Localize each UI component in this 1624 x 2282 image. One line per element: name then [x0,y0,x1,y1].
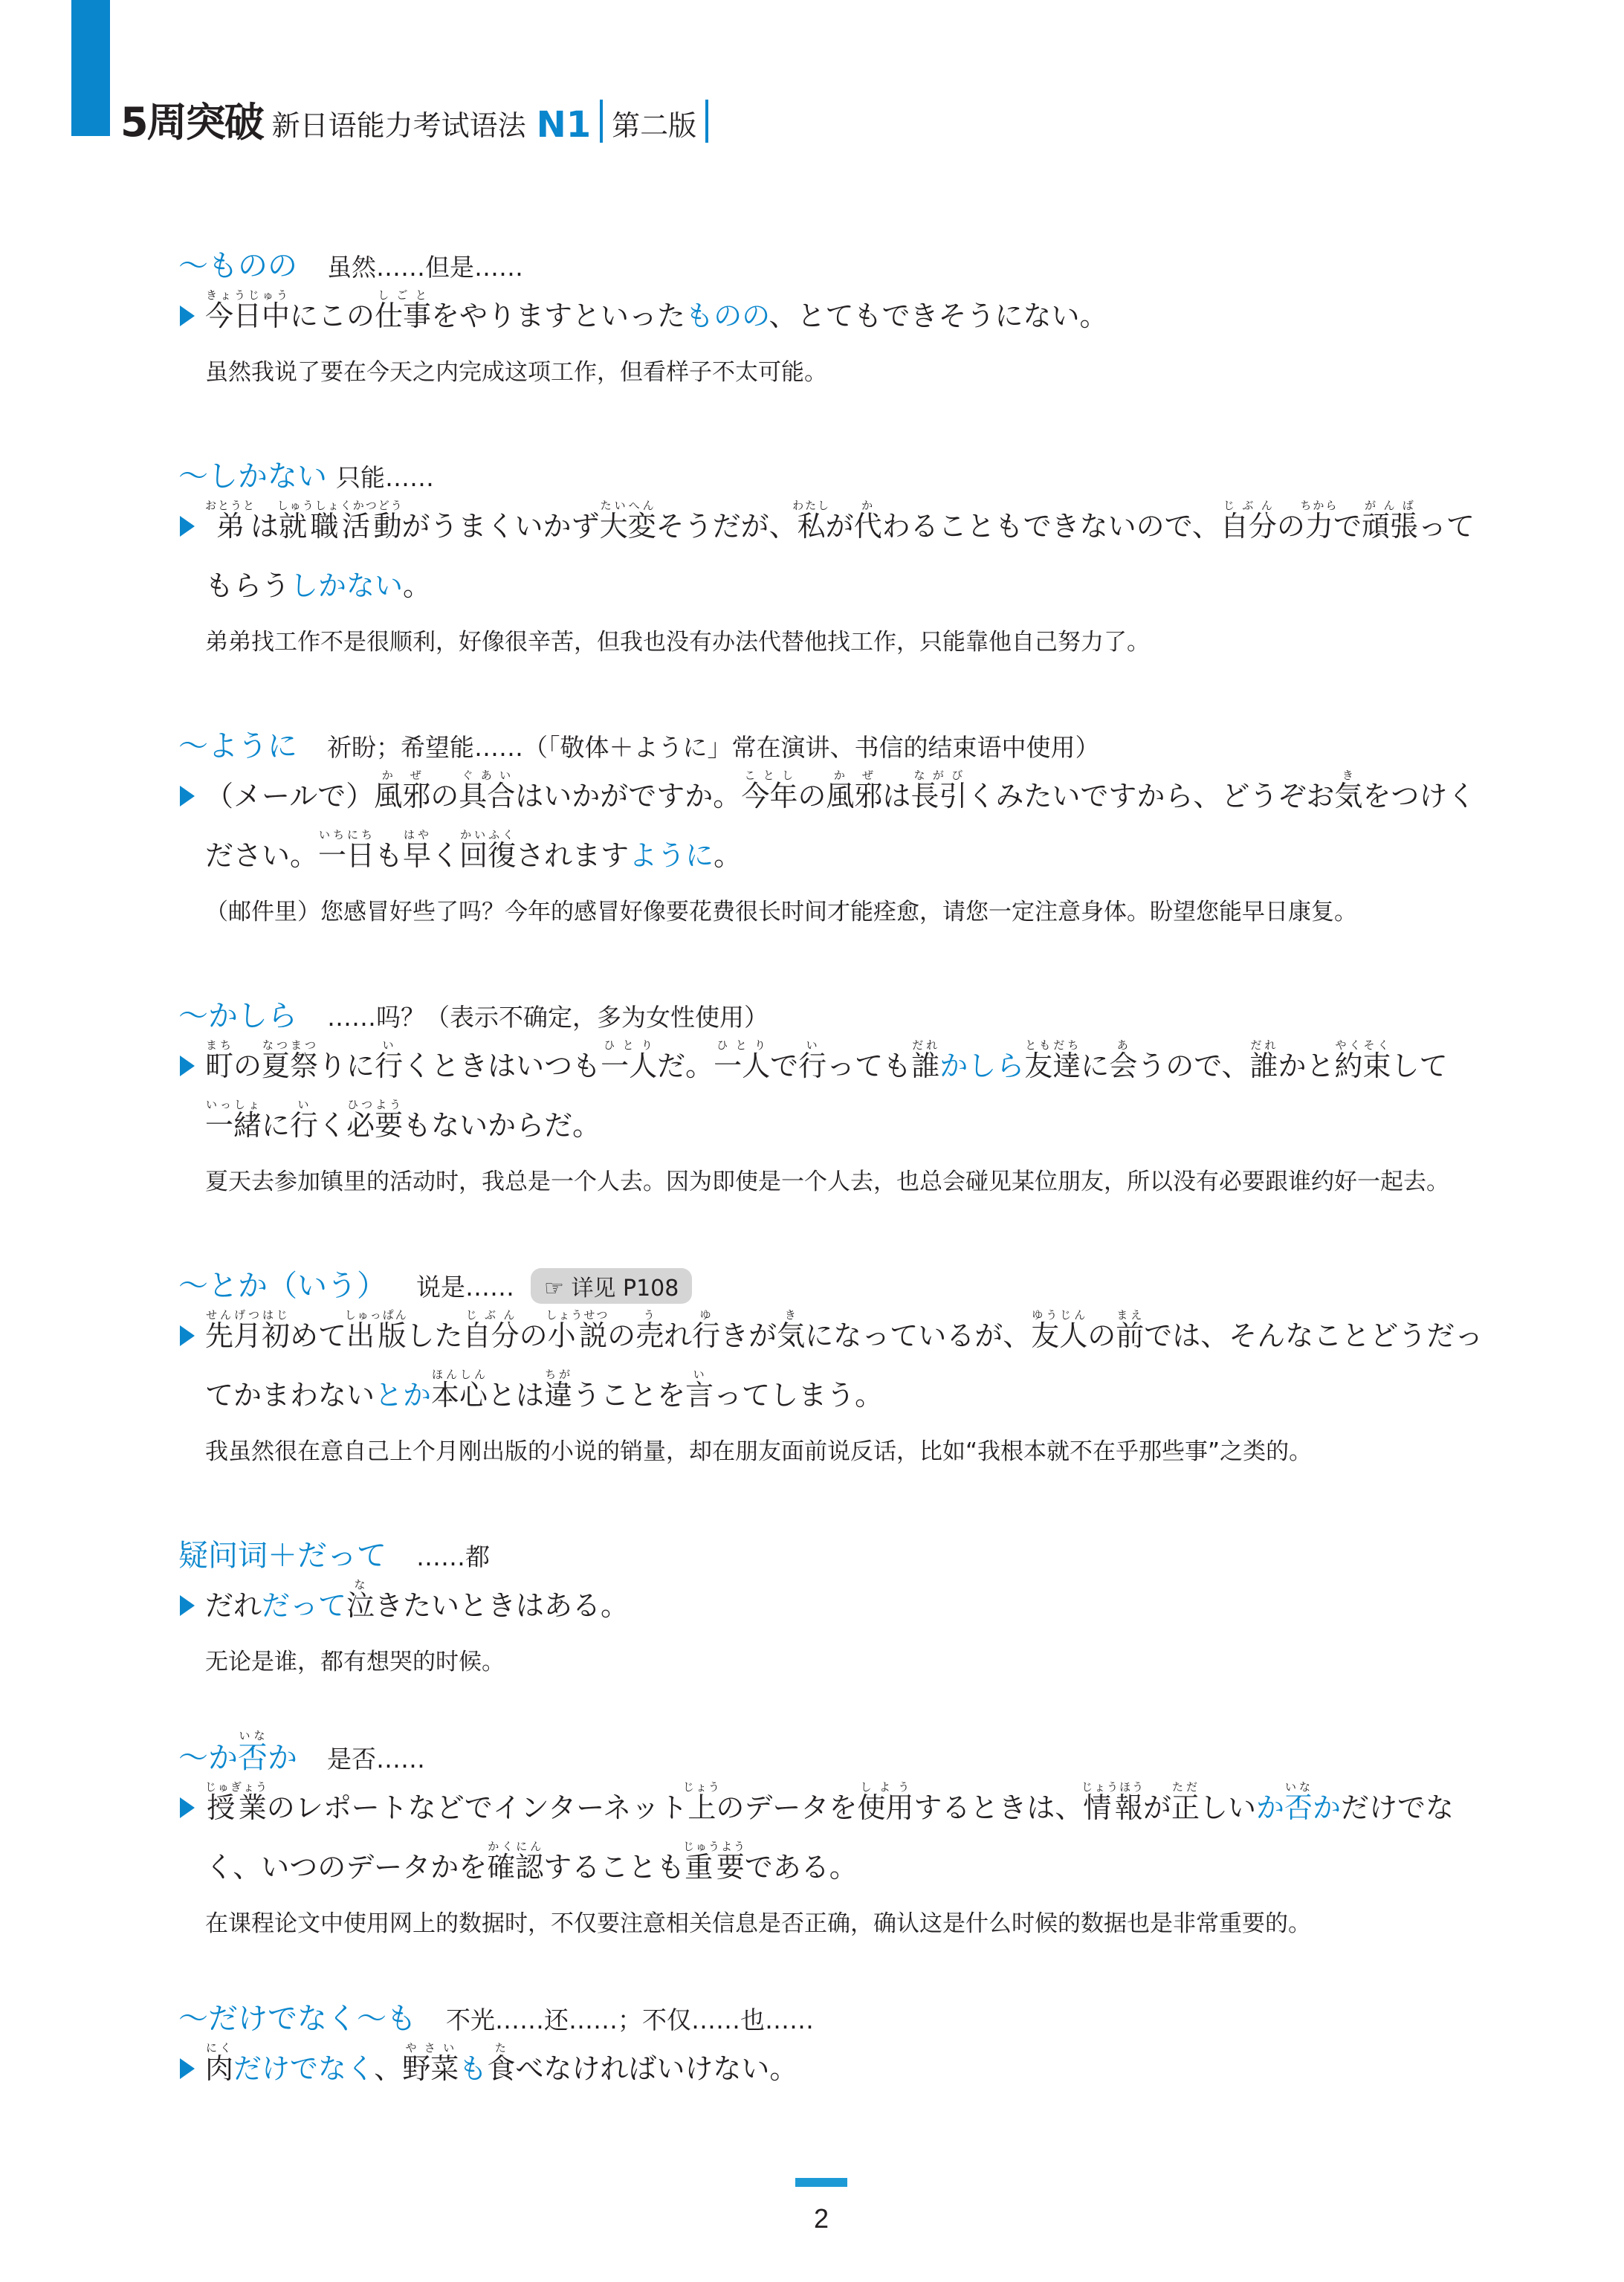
pattern-meaning: 只能…… [336,459,434,494]
furigana-word: 回復かいふく [459,839,516,872]
furigana-reading: だれ [1250,1038,1278,1052]
triangle-bullet-icon [180,516,195,537]
text-segment: うので、 [1137,1050,1249,1082]
chinese-translation: （邮件里）您感冒好些了吗？今年的感冒好像要花费很长时间才能痊愈，请您一定注意身体… [178,885,1486,939]
text-segment: きが [720,1319,777,1352]
text-segment: っても [826,1050,911,1082]
example-sentence: 町まちの夏祭なつまつりに行いくときはいつも一人ひとりだ。一人ひとりで行いっても誰… [178,1036,1486,1155]
furigana-reading: あ [1109,1038,1137,1052]
example-sentence: 肉にくだけでなく、野菜やさいも食たべなければいけない。 [178,2039,1486,2098]
text-segment: の [607,1319,635,1352]
reference-label: 详见 P108 [571,1276,679,1302]
book-subtitle: 新日语能力考试语法 [272,111,526,143]
running-header: 5周突破 新日语能力考试语法 N1 第二版 [120,89,717,143]
header-divider [705,100,708,143]
text-segment: しい [1200,1791,1256,1824]
page-footer: 2 [795,2178,847,2234]
entry-title: ～しかない只能…… [178,453,1486,495]
furigana-reading: ちから [1300,499,1338,512]
text-segment: は [882,780,910,812]
furigana-word: 言い [685,1379,714,1412]
text-segment: になっているが、 [805,1319,1031,1352]
grammar-entry: ～かしら……吗？（表示不确定，多为女性使用）町まちの夏祭なつまつりに行いくときは… [178,992,1486,1209]
text-segment: 。 [403,569,431,602]
furigana-word: 先月初せんげつはじ [205,1319,290,1352]
furigana-word: 小説しょうせつ [548,1319,608,1352]
highlighted-grammar: しかない [290,569,403,602]
triangle-bullet-icon [180,1595,195,1616]
furigana-word: 約束やくそく [1335,1050,1391,1082]
grammar-entry: 疑问词＋だって……都だれだって泣なきたいときはある。无论是谁，都有想哭的时候。 [178,1532,1486,1689]
furigana-reading: じゅうよう [683,1840,746,1853]
furigana-reading: か [854,499,882,512]
text-segment: の [430,780,459,812]
triangle-bullet-icon [180,1325,195,1346]
grammar-pattern: 疑问词＋だって [178,1532,386,1574]
text-segment: れ [664,1319,692,1352]
furigana-reading: きょうじゅう [205,288,290,302]
grammar-pattern: ～だけでなく～も [178,1995,416,2037]
text-segment: りに [318,1050,375,1082]
furigana-word: 代か [854,510,882,543]
text-segment: （メールで） [205,780,374,812]
grammar-entry: ～とか（いう）说是……☞ 详见 P108先月初せんげつはじめて出版しゅっぱんした… [178,1262,1486,1478]
furigana-reading: せんげつはじ [205,1308,290,1322]
furigana-word: 大変たいへん [600,510,656,543]
grammar-pattern: ～しかない [178,453,327,495]
example-sentence: 先月初せんげつはじめて出版しゅっぱんした自分じぶんの小説しょうせつの売うれ行ゆき… [178,1306,1486,1425]
grammar-pattern: ～ように [178,723,297,765]
text-segment: わることもできないので、 [882,510,1220,543]
furigana-reading: き [1334,769,1362,782]
text-segment: きたいときはある。 [375,1589,629,1622]
footer-accent-bar [795,2178,847,2187]
furigana-reading: い [290,1098,318,1111]
furigana-reading: にく [205,2041,233,2055]
furigana-word: 気き [777,1319,805,1352]
pattern-meaning: 虽然……但是…… [327,248,523,283]
furigana-reading: たいへん [600,499,656,512]
furigana-word: 長引ながび [910,780,967,812]
furigana-word: 会あ [1109,1050,1137,1082]
text-segment: も [375,839,403,872]
text-segment: で [770,1050,798,1082]
furigana-reading: わたし [792,499,830,512]
entry-title: ～か否いなか是否…… [178,1729,1486,1777]
furigana-word: 誰だれ [1250,1050,1278,1082]
text-segment: のデータを [716,1791,857,1824]
example-sentence: 今日中きょうじゅうにこの仕事しごとをやりますといったものの、とてもできそうにない… [178,286,1486,346]
furigana-reading: いちにち [318,828,375,841]
text-segment: に [262,1109,290,1142]
text-segment: がうまくいかず [402,510,600,543]
triangle-bullet-icon [180,2058,195,2079]
furigana-reading: き [777,1308,805,1322]
highlighted-grammar: ように [629,839,714,872]
furigana-reading: ちが [544,1368,572,1381]
furigana-word: 使用しよう [857,1791,913,1824]
furigana-reading: う [635,1308,664,1322]
text-segment: うことを [572,1379,685,1412]
furigana-word: 弟おとうと [205,510,250,543]
furigana-word: 行い [290,1109,318,1142]
entry-title: ～ものの虽然……但是…… [178,242,1486,285]
furigana-reading: ほんしん [431,1368,488,1381]
furigana-word: 授業じゅぎょう [205,1791,267,1824]
furigana-word: 泣な [346,1589,375,1622]
furigana-reading: ひとり [601,1038,657,1052]
furigana-reading: ながび [910,769,967,782]
furigana-word: 重要じゅうよう [685,1851,745,1884]
furigana-word: 否いな [1284,1791,1313,1824]
highlighted-grammar: だって [262,1589,346,1622]
furigana-reading: まち [205,1038,233,1052]
example-sentence: （メールで）風邪かぜの具合ぐあいはいかがですか。今年ことしの風邪かぜは長引ながび… [178,766,1486,885]
furigana-word: 具合ぐあい [459,780,515,812]
triangle-bullet-icon [180,1797,195,1818]
furigana-word: 夏祭なつまつ [262,1050,318,1082]
text-segment: にこの [290,300,375,332]
triangle-bullet-icon [180,1056,195,1076]
text-segment: もないからだ。 [403,1109,601,1142]
grammar-pattern: ～かしら [178,992,297,1035]
text-segment: されます [516,839,629,872]
text-segment: だれ [205,1589,262,1622]
header-accent-bar [71,0,110,136]
furigana-reading: しごと [375,288,431,302]
text-segment: は [250,510,279,543]
highlighted-grammar: だけでなく [233,2052,374,2085]
text-segment: とは [488,1379,544,1412]
grammar-entry: ～か否いなか是否……授業じゅぎょうのレポートなどでインターネット上じょうのデータ… [178,1729,1486,1950]
book-edition: 第二版 [612,111,696,143]
furigana-reading: ひつよう [346,1098,403,1111]
chinese-translation: 夏天去参加镇里的活动时，我总是一个人去。因为即使是一个人去，也总会碰见某位朋友，… [178,1155,1486,1209]
text-segment: の [1087,1319,1116,1352]
text-segment: くときはいつも [403,1050,601,1082]
text-segment: べなければいけない。 [515,2052,798,2085]
furigana-reading: いっしょ [205,1098,262,1111]
grammar-entry: ～ように祈盼；希望能……（「敬体＋ように」常在演讲、书信的结束语中使用）（メール… [178,723,1486,939]
furigana-reading: おとうと [205,499,256,512]
furigana-word: 自分じぶん [1220,510,1277,543]
highlighted-grammar: ものの [685,300,769,332]
furigana-word: 前まえ [1116,1319,1144,1352]
furigana-reading: い [685,1368,714,1381]
furigana-word: 町まち [205,1050,233,1082]
triangle-bullet-icon [180,786,195,807]
furigana-word: 一人ひとり [714,1050,770,1082]
furigana-word: 私わたし [798,510,826,543]
highlighted-grammar: も [459,2052,487,2085]
text-segment: 、とてもできそうにない。 [769,300,1108,332]
chinese-translation: 虽然我说了要在今天之内完成这项工作，但看样子不太可能。 [178,346,1486,399]
furigana-word: 確認かくにん [487,1851,543,1884]
furigana-reading: ただ [1171,1780,1200,1794]
chinese-translation: 在课程论文中使用网上的数据时，不仅要注意相关信息是否正确，确认这是什么时候的数据… [178,1897,1486,1950]
furigana-word: 頑張がんば [1362,510,1418,543]
furigana-reading: かいふく [459,828,516,841]
text-segment: か [268,1741,297,1775]
furigana-word: 気き [1334,780,1362,812]
entry-title: 疑问词＋だって……都 [178,1532,1486,1574]
furigana-word: 友人ゆうじん [1031,1319,1087,1352]
furigana-reading: ことし [741,769,798,782]
grammar-entry: ～ものの虽然……但是……今日中きょうじゅうにこの仕事しごとをやりますといったもの… [178,242,1486,399]
text-segment: に [1081,1050,1109,1082]
furigana-word: 行い [798,1050,826,1082]
text-segment: することも [543,1851,685,1884]
grammar-pattern: ～とか（いう） [178,1262,386,1305]
book-level: N1 [537,107,592,143]
text-segment: 。 [714,839,742,872]
example-sentence: だれだって泣なきたいときはある。 [178,1576,1486,1635]
furigana-word: 行い [375,1050,403,1082]
furigana-reading: しゅうしょくかつどう [277,499,404,512]
grammar-entry-list: ～ものの虽然……但是……今日中きょうじゅうにこの仕事しごとをやりますといったもの… [178,242,1486,2098]
chinese-translation: 弟弟找工作不是很顺利，好像很辛苦，但我也没有办法代替他找工作，只能靠他自己努力了… [178,615,1486,669]
furigana-word: 一緒いっしょ [205,1109,262,1142]
page-number: 2 [795,2203,847,2234]
furigana-reading: じぶん [1220,499,1277,512]
furigana-word: 食た [487,2052,515,2085]
text-segment: をやりますといった [431,300,685,332]
pattern-meaning: 说是…… [416,1268,514,1303]
text-segment: ～か [178,1741,238,1775]
furigana-word: 違ちが [544,1379,572,1412]
highlighted-grammar: とか [375,1379,431,1412]
furigana-reading: い [375,1038,403,1052]
furigana-reading: じゅぎょう [205,1780,268,1794]
furigana-word: 出版しゅっぱん [346,1319,407,1352]
pattern-meaning: ……都 [416,1538,490,1573]
furigana-reading: やさい [402,2041,459,2055]
entry-title: ～かしら……吗？（表示不确定，多为女性使用） [178,992,1486,1035]
header-divider [600,100,603,143]
pointing-hand-icon: ☞ [544,1276,571,1302]
furigana-reading: がんば [1362,499,1418,512]
furigana-reading: なつまつ [262,1038,318,1052]
highlighted-grammar: か [1256,1791,1284,1824]
book-brand: 5周突破 [120,103,263,143]
furigana-reading: だれ [911,1038,939,1052]
furigana-reading: な [346,1578,375,1591]
furigana-reading: ゆ [692,1308,720,1322]
furigana-word: 力ちから [1305,510,1333,543]
furigana-word: 風邪かぜ [826,780,882,812]
furigana-word: 友達ともだち [1024,1050,1081,1082]
furigana-reading: じょうほう [1081,1780,1145,1794]
text-segment: して [1391,1050,1448,1082]
furigana-word: 必要ひつよう [346,1109,403,1142]
furigana-word: 行ゆ [692,1319,720,1352]
furigana-word: 風邪かぜ [374,780,430,812]
furigana-word: 今年ことし [741,780,798,812]
furigana-word: 一日いちにち [318,839,375,872]
furigana-reading: かぜ [826,769,882,782]
text-segment: く [431,839,459,872]
furigana-reading: ひとり [714,1038,770,1052]
furigana-word: 上じょう [688,1791,716,1824]
furigana-word: 情報じょうほう [1083,1791,1143,1824]
furigana-reading: い [798,1038,826,1052]
furigana-reading: ゆうじん [1031,1308,1087,1322]
text-segment: かと [1278,1050,1335,1082]
pattern-meaning: 是否…… [327,1740,425,1775]
text-segment: めて [290,1319,346,1352]
furigana-word: 誰だれ [911,1050,939,1082]
furigana-reading: ぐあい [459,769,515,782]
example-sentence: 授業じゅぎょうのレポートなどでインターネット上じょうのデータを使用しようするとき… [178,1778,1486,1897]
grammar-entry: ～だけでなく～も不光……还……；不仅……也……肉にくだけでなく、野菜やさいも食た… [178,1995,1486,2098]
text-segment: した [407,1319,463,1352]
text-segment: が [1143,1791,1171,1824]
text-segment: くみたいですから、どうぞお [967,780,1334,812]
text-segment: ってしまう。 [714,1379,883,1412]
chinese-translation: 我虽然很在意自己上个月刚出版的小说的销量，却在朋友面前说反话，比如“我根本就不在… [178,1425,1486,1478]
furigana-reading: かくにん [487,1840,543,1853]
furigana-reading: しょうせつ [546,1308,609,1322]
furigana-word: 一人ひとり [601,1050,657,1082]
triangle-bullet-icon [180,306,195,326]
pattern-meaning: 不光……还……；不仅……也…… [446,2001,814,2036]
text-segment: の [233,1050,262,1082]
furigana-word: 早はや [403,839,431,872]
furigana-word: 自分じぶん [463,1319,520,1352]
grammar-entry: ～しかない只能……弟おとうとは就職活動しゅうしょくかつどうがうまくいかず大変たい… [178,453,1486,669]
text-segment: そうだが、 [656,510,798,543]
pattern-meaning: ……吗？（表示不确定，多为女性使用） [327,998,769,1033]
furigana-reading: いな [238,1729,268,1742]
highlighted-grammar: か [1313,1791,1341,1824]
text-segment: はいかがですか。 [515,780,741,812]
text-segment: が [826,510,854,543]
furigana-word: 正ただ [1171,1791,1200,1824]
furigana-word: 今日中きょうじゅう [205,300,290,332]
text-segment: で [1333,510,1362,543]
text-segment: の [520,1319,548,1352]
highlighted-grammar: かしら [939,1050,1024,1082]
furigana-reading: やくそく [1335,1038,1391,1052]
entry-title: ～とか（いう）说是……☞ 详见 P108 [178,1262,1486,1305]
entry-title: ～だけでなく～も不光……还……；不仅……也…… [178,1995,1486,2037]
furigana-reading: かぜ [374,769,430,782]
furigana-word: 肉にく [205,2052,233,2085]
furigana-reading: しよう [857,1780,913,1794]
grammar-pattern: ～か否いなか [178,1729,297,1777]
text-segment: である。 [745,1851,858,1884]
example-sentence: 弟おとうとは就職活動しゅうしょくかつどうがうまくいかず大変たいへんそうだが、私わ… [178,497,1486,615]
furigana-reading: いな [1284,1780,1313,1794]
chinese-translation: 无论是谁，都有想哭的时候。 [178,1635,1486,1689]
furigana-reading: じょう [683,1780,721,1794]
furigana-word: 本心ほんしん [431,1379,488,1412]
text-segment: だ。 [657,1050,714,1082]
text-segment: く [318,1109,346,1142]
entry-title: ～ように祈盼；希望能……（「敬体＋ように」常在演讲、书信的结束语中使用） [178,723,1486,765]
furigana-reading: しゅっぱん [345,1308,408,1322]
page-reference-badge: ☞ 详见 P108 [531,1268,692,1304]
text-segment: 、 [374,2052,402,2085]
text-segment: のレポートなどでインターネット [267,1791,688,1824]
furigana-reading: はや [403,828,431,841]
furigana-reading: じぶん [463,1308,520,1322]
furigana-word: 仕事しごと [375,300,431,332]
grammar-pattern: ～ものの [178,242,297,285]
furigana-reading: ともだち [1024,1038,1081,1052]
furigana-word: 就職活動しゅうしょくかつどう [279,510,402,543]
text-segment: の [798,780,826,812]
pattern-meaning: 祈盼；希望能……（「敬体＋ように」常在演讲、书信的结束语中使用） [327,728,1100,763]
furigana-word: 否いな [238,1741,268,1775]
furigana-reading: た [487,2041,515,2055]
furigana-reading: まえ [1116,1308,1144,1322]
furigana-word: 売う [635,1319,664,1352]
furigana-word: 野菜やさい [402,2052,459,2085]
text-segment: するときは、 [913,1791,1083,1824]
